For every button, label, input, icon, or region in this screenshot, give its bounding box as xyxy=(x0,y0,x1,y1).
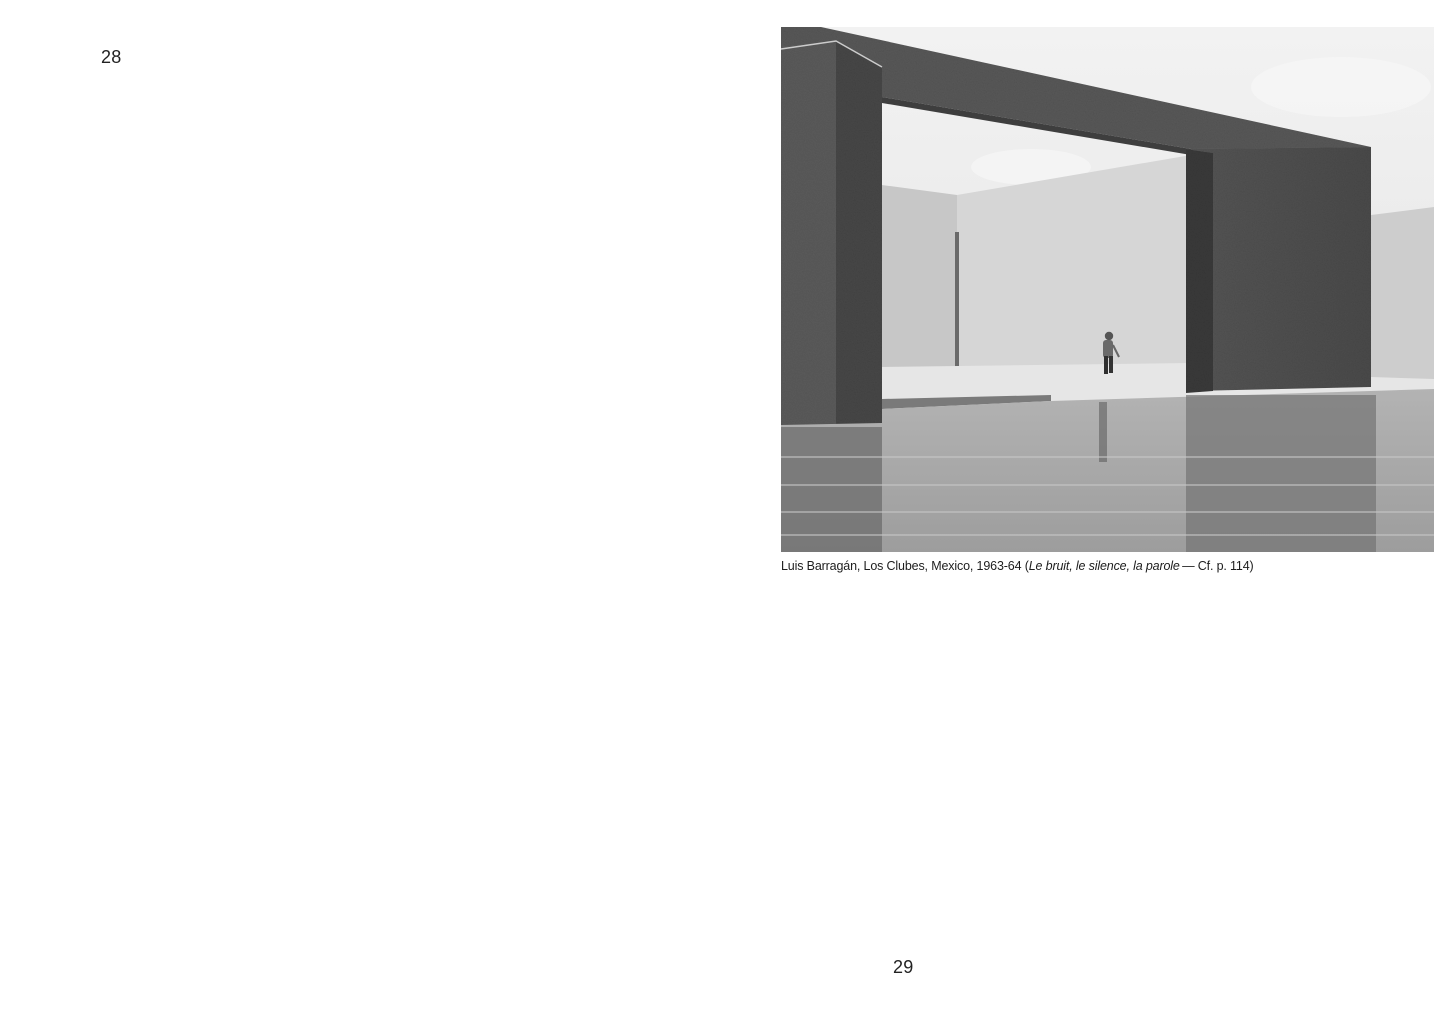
figure-caption: Luis Barragán, Los Clubes, Mexico, 1963-… xyxy=(781,558,1254,574)
caption-text: Luis Barragán, Los Clubes, Mexico, 1963-… xyxy=(781,559,1029,573)
caption-reference: — Cf. p. 114) xyxy=(1180,559,1254,573)
photograph-barragan-los-clubes xyxy=(781,27,1434,552)
page-number-left: 28 xyxy=(101,47,121,67)
caption-book-title: Le bruit, le silence, la parole xyxy=(1029,559,1180,573)
page-number-right: 29 xyxy=(893,957,913,977)
